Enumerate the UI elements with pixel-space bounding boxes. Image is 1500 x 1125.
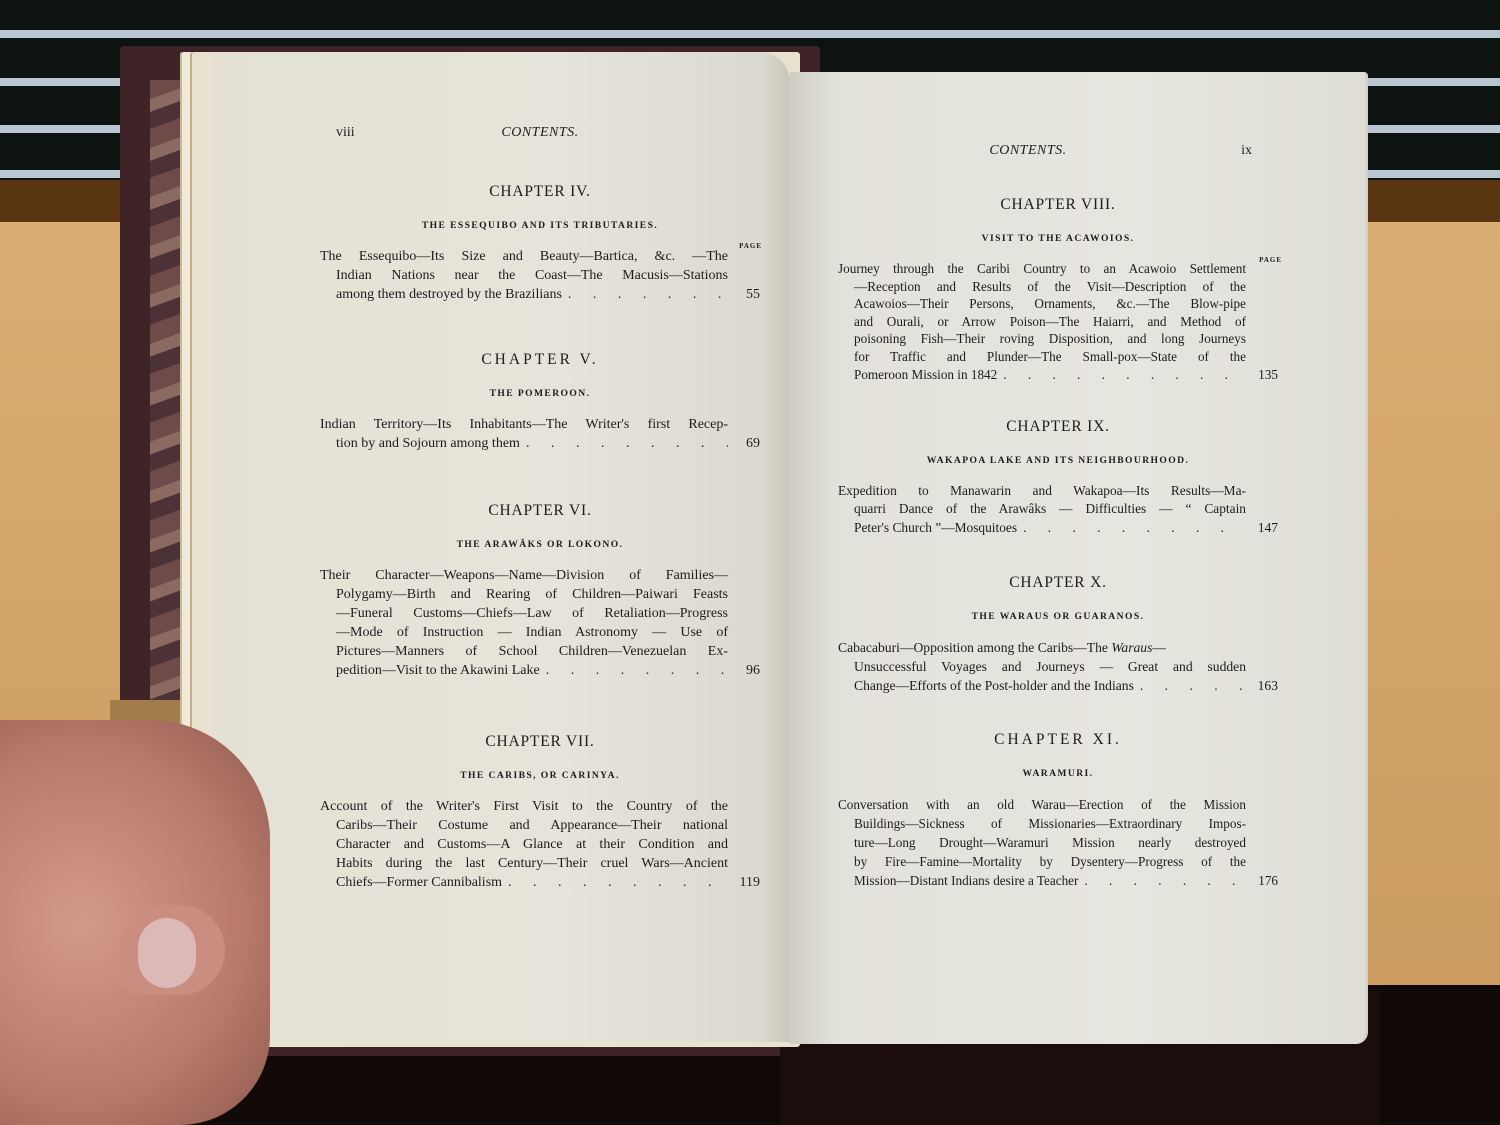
chapter-entry: CHAPTER VI. THE ARAWÂKS OR LOKONO. Their… bbox=[320, 502, 760, 680]
page-number: 119 bbox=[730, 873, 760, 892]
chapter-heading: CHAPTER IX. bbox=[838, 418, 1278, 436]
synopsis-line: Acawoios—Their Persons, Ornaments, &c.—T… bbox=[838, 295, 1246, 313]
synopsis-line: Cabacaburi—Opposition among the Caribs—T… bbox=[838, 638, 1246, 657]
chapter-entry: CHAPTER X. THE WARAUS OR GUARANOS. Cabac… bbox=[838, 574, 1278, 695]
synopsis-line: Pictures—Manners of School Children—Vene… bbox=[320, 642, 728, 661]
leader-dots: . . . . . . . . . . . . . . . . . . . . bbox=[1078, 871, 1246, 890]
synopsis-line: Change—Efforts of the Post-holder and th… bbox=[838, 676, 1246, 695]
chapter-subtitle: VISIT TO THE ACAWOIOS. bbox=[838, 233, 1278, 244]
chapter-synopsis: Cabacaburi—Opposition among the Caribs—T… bbox=[838, 638, 1278, 695]
synopsis-line: Character and Customs—A Glance at their … bbox=[320, 835, 728, 854]
thumbnail bbox=[138, 918, 196, 988]
italic-term: Waraus bbox=[1111, 640, 1152, 655]
leader-dots: . . . . . . . . . . . . . . . . . . . . bbox=[540, 661, 728, 680]
chapter-subtitle: THE WARAUS OR GUARANOS. bbox=[838, 611, 1278, 622]
synopsis-line: tion by and Sojourn among them. . . . . … bbox=[320, 434, 728, 453]
synopsis-line: Indian Nations near the Coast—The Macusi… bbox=[320, 266, 728, 285]
synopsis-line: Habits during the last Century—Their cru… bbox=[320, 854, 728, 873]
running-head: viii CONTENTS. bbox=[320, 125, 760, 145]
synopsis-line: Journey through the Caribi Country to an… bbox=[838, 260, 1246, 278]
leader-dots: . . . . . . . . . . . . . . . . . . . . bbox=[502, 873, 728, 892]
right-page-content: CONTENTS. ix CHAPTER VIII. VISIT TO THE … bbox=[838, 143, 1278, 163]
chapter-synopsis: Indian Territory—Its Inhabitants—The Wri… bbox=[320, 415, 760, 453]
chapter-subtitle: THE CARIBS, OR CARINYA. bbox=[320, 770, 760, 781]
page-column-label: PAGE bbox=[1259, 252, 1282, 270]
chapter-entry: CHAPTER VII. THE CARIBS, OR CARINYA. Acc… bbox=[320, 733, 760, 892]
leader-dots: . . . . . . . . . . . . . . . . . . . . bbox=[520, 434, 728, 453]
synopsis-line: —Mode of Instruction — Indian Astronomy … bbox=[320, 623, 728, 642]
page-number: 176 bbox=[1248, 871, 1278, 890]
chapter-subtitle: WAKAPOA LAKE AND ITS NEIGHBOURHOOD. bbox=[838, 455, 1278, 466]
synopsis-line: Polygamy—Birth and Rearing of Children—P… bbox=[320, 585, 728, 604]
chapter-entry: CHAPTER VIII. VISIT TO THE ACAWOIOS. PAG… bbox=[838, 196, 1278, 383]
synopsis-line: quarri Dance of the Arawâks — Difficulti… bbox=[838, 500, 1246, 518]
blind-slat bbox=[0, 30, 1500, 38]
page-number: 96 bbox=[730, 661, 760, 680]
chapter-heading: CHAPTER VIII. bbox=[838, 196, 1278, 214]
synopsis-line: Caribs—Their Costume and Appearance—Thei… bbox=[320, 816, 728, 835]
chapter-heading: CHAPTER X. bbox=[838, 574, 1278, 592]
chapter-synopsis: Their Character—Weapons—Name—Division of… bbox=[320, 566, 760, 680]
chapter-heading: CHAPTER VII. bbox=[320, 733, 760, 751]
synopsis-line: by Fire—Famine—Mortality by Dysentery—Pr… bbox=[838, 852, 1246, 871]
chapter-synopsis: PAGE The Essequibo—Its Size and Beauty—B… bbox=[320, 247, 760, 304]
synopsis-line: for Traffic and Plunder—The Small-pox—St… bbox=[838, 348, 1246, 366]
chapter-subtitle: THE ESSEQUIBO AND ITS TRIBUTARIES. bbox=[320, 220, 760, 231]
synopsis-line: among them destroyed by the Brazilians. … bbox=[320, 285, 728, 304]
chapter-heading: CHAPTER VI. bbox=[320, 502, 760, 520]
chapter-heading: CHAPTER IV. bbox=[320, 183, 760, 201]
synopsis-line: Their Character—Weapons—Name—Division of… bbox=[320, 566, 728, 585]
leader-dots: . . . . . . . . . . . . . . . . . . . . bbox=[1017, 519, 1246, 537]
synopsis-line: Pomeroon Mission in 1842. . . . . . . . … bbox=[838, 366, 1246, 384]
synopsis-line: Account of the Writer's First Visit to t… bbox=[320, 797, 728, 816]
synopsis-line: Indian Territory—Its Inhabitants—The Wri… bbox=[320, 415, 728, 434]
chapter-heading: CHAPTER XI. bbox=[838, 731, 1278, 749]
chapter-synopsis: Account of the Writer's First Visit to t… bbox=[320, 797, 760, 892]
chapter-subtitle: WARAMURI. bbox=[838, 768, 1278, 779]
synopsis-line: —Funeral Customs—Chiefs—Law of Retaliati… bbox=[320, 604, 728, 623]
chapter-entry: CHAPTER V. THE POMEROON. Indian Territor… bbox=[320, 351, 760, 453]
leader-dots: . . . . . . . . . . . . . . . . . . . . bbox=[1134, 676, 1246, 695]
synopsis-line: Expedition to Manawarin and Wakapoa—Its … bbox=[838, 482, 1246, 500]
chapter-subtitle: THE ARAWÂKS OR LOKONO. bbox=[320, 539, 760, 550]
folio-number: ix bbox=[1241, 143, 1252, 159]
chapter-synopsis: Expedition to Manawarin and Wakapoa—Its … bbox=[838, 482, 1278, 537]
page-number: 55 bbox=[730, 285, 760, 304]
leader-dots: . . . . . . . . . . . . . . . . . . . . bbox=[997, 366, 1246, 384]
page-number: 163 bbox=[1248, 676, 1278, 695]
chapter-synopsis: Conversation with an old Warau—Erection … bbox=[838, 795, 1278, 890]
page-number: 69 bbox=[730, 434, 760, 453]
chapter-entry: CHAPTER IX. WAKAPOA LAKE AND ITS NEIGHBO… bbox=[838, 418, 1278, 537]
synopsis-line: and Ourali, or Arrow Poison—The Haiarri,… bbox=[838, 313, 1246, 331]
synopsis-line: ture—Long Drought—Waramuri Mission nearl… bbox=[838, 833, 1246, 852]
synopsis-line: Mission—Distant Indians desire a Teacher… bbox=[838, 871, 1246, 890]
leader-dots: . . . . . . . . . . . . . . . . . . . . bbox=[562, 285, 728, 304]
chapter-heading: CHAPTER V. bbox=[320, 351, 760, 369]
synopsis-line: Buildings—Sickness of Missionaries—Extra… bbox=[838, 814, 1246, 833]
chapter-entry: CHAPTER IV. THE ESSEQUIBO AND ITS TRIBUT… bbox=[320, 183, 760, 304]
synopsis-line: The Essequibo—Its Size and Beauty—Bartic… bbox=[320, 247, 728, 266]
synopsis-line: poisoning Fish—Their roving Disposition,… bbox=[838, 330, 1246, 348]
synopsis-line: pedition—Visit to the Akawini Lake. . . … bbox=[320, 661, 728, 680]
synopsis-line: Conversation with an old Warau—Erection … bbox=[838, 795, 1246, 814]
running-head-title: CONTENTS. bbox=[838, 143, 1218, 159]
chapter-subtitle: THE POMEROON. bbox=[320, 388, 760, 399]
page-number: 135 bbox=[1248, 366, 1278, 384]
left-page-content: viii CONTENTS. CHAPTER IV. THE ESSEQUIBO… bbox=[320, 125, 760, 145]
synopsis-line: —Reception and Results of the Visit—Desc… bbox=[838, 278, 1246, 296]
chapter-entry: CHAPTER XI. WARAMURI. Conversation with … bbox=[838, 731, 1278, 890]
synopsis-line: Peter's Church ”—Mosquitoes. . . . . . .… bbox=[838, 519, 1246, 537]
synopsis-line: Chiefs—Former Cannibalism. . . . . . . .… bbox=[320, 873, 728, 892]
running-head-title: CONTENTS. bbox=[320, 125, 760, 141]
synopsis-line: Unsuccessful Voyages and Journeys — Grea… bbox=[838, 657, 1246, 676]
chapter-synopsis: PAGE Journey through the Caribi Country … bbox=[838, 260, 1278, 383]
page-column-label: PAGE bbox=[739, 237, 762, 256]
running-head: CONTENTS. ix bbox=[838, 143, 1278, 163]
page-number: 147 bbox=[1248, 519, 1278, 537]
